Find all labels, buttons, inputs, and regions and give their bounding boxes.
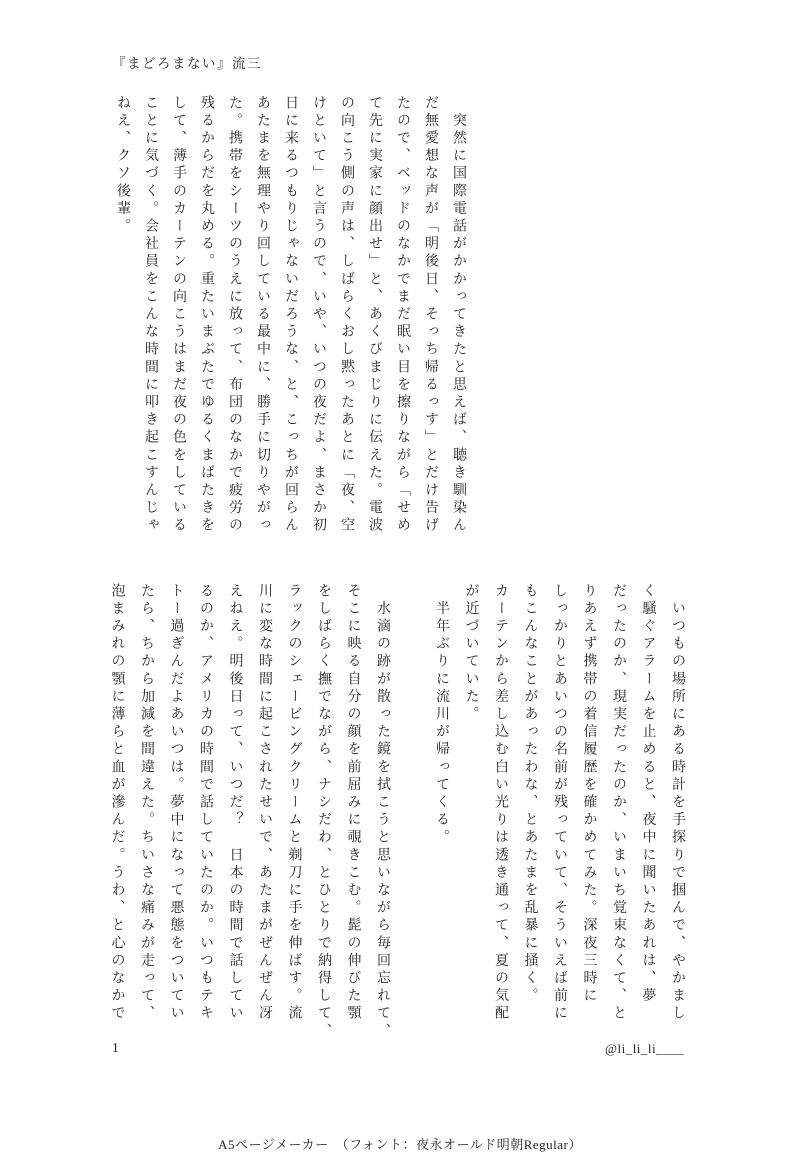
story-block-top: 突然に国際電話がかかってきたと思えば、聴き馴染んだ無愛想な声が「明後日、そっち帰… [108, 95, 472, 563]
text-column [397, 583, 427, 1051]
text-column: た。携帯をシーツのうえに放って、布団のなかで疲労の [220, 95, 248, 563]
text-column: 川に変な時間に起こされたせいで、あたまがぜんぜん冴 [250, 583, 280, 1051]
text-column: の向こう側の声は、しばらくおし黙ったあとに「夜、空 [332, 95, 360, 563]
text-column: ねえ、クソ後輩。 [108, 95, 136, 563]
text-column: もこんなことがあったわな、とあたまを乱暴に掻く。 [515, 583, 545, 1051]
text-column: るのか、アメリカの時間で話していたのか。いつもテキ [191, 583, 221, 1051]
page-number: 1 [112, 1040, 119, 1056]
text-column: 日に来るつもりじゃないだろうな、と、こっちが回らん [276, 95, 304, 563]
text-column: をしばらく撫でながら、ナシだわ、とひとりで納得して、 [309, 583, 339, 1051]
text-column: けといて」と言うので、いや、いつの夜だよ、まさか初 [304, 95, 332, 563]
document-page: 『まどろまない』流三 突然に国際電話がかかってきたと思えば、聴き馴染んだ無愛想な… [0, 0, 800, 1171]
text-column: 残るからだを丸める。重たいまぶたでゆるくまばたきを [192, 95, 220, 563]
text-column: だ無愛想な声が「明後日、そっち帰るっす」とだけ告げ [416, 95, 444, 563]
text-column: たら、ちから加減を間違えた。ちいさな痛みが走って、 [132, 583, 162, 1051]
text-column: ことに気づく。会社員をこんな時間に叩き起こすんじゃ [136, 95, 164, 563]
text-column: いつもの場所にある時計を手探りで掴んで、やかまし [663, 583, 693, 1051]
text-column: りあえず携帯の着信履歴を確かめてみた。深夜三時に [574, 583, 604, 1051]
text-column: して、薄手のカーテンの向こうはまだ夜の色をしている [164, 95, 192, 563]
text-column: しっかりとあいつの名前が残っていて、そういえば前に [545, 583, 575, 1051]
text-column: だったのか、現実だったのか、いまいち覚束なくて、と [604, 583, 634, 1051]
text-column: 水滴の跡が散った鏡を拭こうと思いながら毎回忘れて、 [368, 583, 398, 1051]
text-column: く騒ぐアラームを止めると、夜中に聞いたあれは、夢 [633, 583, 663, 1051]
text-column: えねえ。明後日って、いつだ？ 日本の時間で話してい [220, 583, 250, 1051]
generator-credit: A5ページメーカー （フォント：夜永オールド明朝Regular） [0, 1134, 800, 1153]
page-title: 『まどろまない』流三 [112, 52, 262, 72]
text-column: ラックのシェービングクリームと剃刀に手を伸ばす。流 [279, 583, 309, 1051]
text-column: 泡まみれの顎に薄らと血が滲んだ。うわ、と心のなかで [102, 583, 132, 1051]
text-column: カーテンから差し込む白い光りは透き通って、夏の気配 [486, 583, 516, 1051]
story-block-bottom: いつもの場所にある時計を手探りで掴んで、やかましく騒ぐアラームを止めると、夜中に… [102, 583, 692, 1051]
text-column: て先に実家に顔出せ」と、あくびまじりに伝えた。電波 [360, 95, 388, 563]
text-column: が近づいていた。 [456, 583, 486, 1051]
text-column: そこに映る自分の顔を前屈みに覗きこむ。髭の伸びた顎 [338, 583, 368, 1051]
text-column: 半年ぶりに流川が帰ってくる。 [427, 583, 457, 1051]
text-column: あたまを無理やり回している最中に、勝手に切りやがっ [248, 95, 276, 563]
text-column: 突然に国際電話がかかってきたと思えば、聴き馴染ん [444, 95, 472, 563]
text-column: たので、ベッドのなかでまだ眠い目を擦りながら「せめ [388, 95, 416, 563]
author-handle: @li_li_li____ [605, 1041, 684, 1057]
text-column: トー過ぎんだよあいつは。夢中になって悪態をついてい [161, 583, 191, 1051]
